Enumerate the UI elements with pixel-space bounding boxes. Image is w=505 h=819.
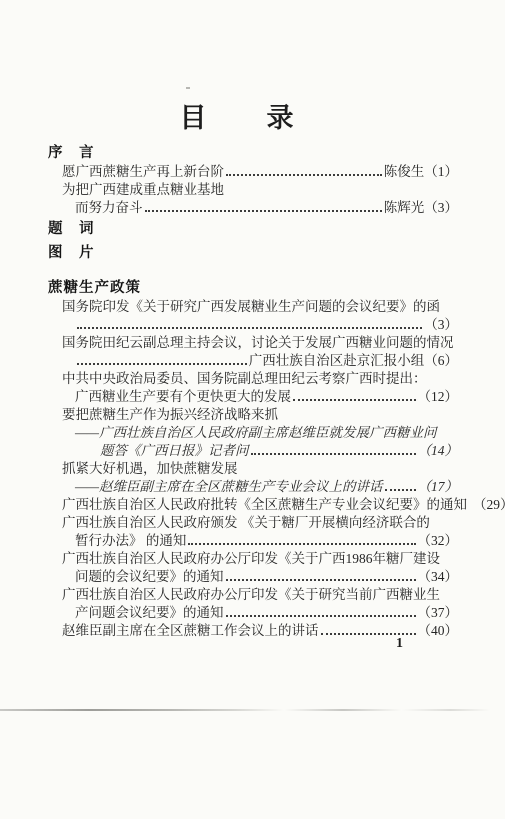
toc-line: 广西壮族自治区赴京汇报小组（6） (48, 351, 458, 369)
toc-line-text: 广西糖业生产要有个更快更大的发展 (75, 388, 291, 405)
dot-leader (77, 327, 422, 329)
toc-line-text: 广西壮族自治区人民政府办公厅印发《关于研究当前广西糖业生 (62, 586, 440, 603)
dot-leader (251, 453, 416, 455)
toc-line-pageref: （29） (467, 496, 505, 513)
toc-line: 国务院田纪云副总理主持会议，讨论关于发展广西糖业问题的情况 (48, 333, 458, 351)
toc-line: 广西糖业生产要有个更快更大的发展（12） (48, 387, 458, 405)
toc-line-text: 题 词 (48, 221, 95, 238)
toc-line: 广西壮族自治区人民政府办公厅印发《关于研究当前广西糖业生 (48, 585, 458, 603)
document-page: 目 录 序 言愿广西蔗糖生产再上新台阶陈俊生（1）为把广西建成重点糖业基地而努力… (0, 0, 505, 819)
toc-line-text: 暂行办法》 的通知 (75, 532, 186, 549)
toc-line: 广西壮族自治区人民政府批转《全区蔗糖生产专业会议纪要》的通知（29） (48, 495, 458, 513)
dot-leader (226, 615, 416, 617)
toc-line: 问题的会议纪要》的通知（34） (48, 567, 458, 585)
scan-noise-speck (186, 87, 190, 89)
toc-line: 愿广西蔗糖生产再上新台阶陈俊生（1） (48, 162, 458, 180)
section-heading: 序 言 (48, 144, 458, 162)
toc-line: 暂行办法》 的通知（32） (48, 531, 458, 549)
toc-line-pageref: （32） (418, 532, 459, 549)
toc-line-text: 中共中央政治局委员、国务院副总理田纪云考察广西时提出： (62, 370, 427, 387)
toc-line-text: 题答《广西日报》记者问 (100, 442, 249, 459)
toc-line: 题答《广西日报》记者问（14） (48, 441, 458, 459)
toc-rows: 序 言愿广西蔗糖生产再上新台阶陈俊生（1）为把广西建成重点糖业基地而努力奋斗陈辉… (48, 144, 458, 639)
toc-line-pageref: （14） (418, 442, 459, 459)
toc-line: ——广西壮族自治区人民政府副主席赵维臣就发展广西糖业问 (48, 423, 458, 441)
toc-line-text: 产问题会议纪要》的通知 (75, 604, 224, 621)
toc-line-pageref: 陈辉光（3） (384, 199, 458, 216)
toc-line-pageref: （40） (418, 622, 459, 639)
toc-line-text: 愿广西蔗糖生产再上新台阶 (62, 163, 224, 180)
toc-line-text: 广西壮族自治区人民政府批转《全区蔗糖生产专业会议纪要》的通知 (62, 496, 467, 513)
page-number: 1 (396, 636, 403, 652)
toc-line-pageref: （34） (418, 568, 459, 585)
toc-line-text: 国务院印发《关于研究广西发展糖业生产问题的会议纪要》的函 (62, 298, 440, 315)
toc-line-text: 序 言 (48, 145, 95, 162)
dot-leader (321, 633, 416, 635)
dot-leader (188, 543, 415, 545)
toc-line: 要把蔗糖生产作为振兴经济战略来抓 (48, 405, 458, 423)
dot-leader (226, 579, 416, 581)
toc-line-pageref: 陈俊生（1） (384, 163, 458, 180)
dot-leader (293, 399, 416, 401)
toc-line-text: 要把蔗糖生产作为振兴经济战略来抓 (62, 406, 278, 423)
toc-line-text: 赵维臣副主席在全区蔗糖工作会议上的讲话 (62, 622, 319, 639)
toc-line-text: 抓紧大好机遇，加快蔗糖发展 (62, 460, 238, 477)
toc-line: 中共中央政治局委员、国务院副总理田纪云考察广西时提出： (48, 369, 458, 387)
section-heading: 图 片 (48, 244, 458, 262)
toc-line-pageref: （37） (418, 604, 459, 621)
page-title: 目 录 (0, 96, 475, 135)
toc-line: 为把广西建成重点糖业基地 (48, 180, 458, 198)
toc-line-text: 国务院田纪云副总理主持会议，讨论关于发展广西糖业问题的情况 (62, 334, 454, 351)
toc-line-text: 蔗糖生产政策 (48, 280, 141, 297)
toc-line: 而努力奋斗陈辉光（3） (48, 198, 458, 216)
toc-line: （3） (48, 315, 458, 333)
toc-line-text: 为把广西建成重点糖业基地 (62, 181, 224, 198)
dot-leader (226, 174, 382, 176)
toc-line: 广西壮族自治区人民政府颁发 《关于糖厂开展横向经济联合的 (48, 513, 458, 531)
toc-line-text: 图 片 (48, 245, 95, 262)
toc-line: 抓紧大好机遇，加快蔗糖发展 (48, 459, 458, 477)
dot-leader (145, 210, 382, 212)
toc-line-pageref: （12） (418, 388, 459, 405)
toc-line: ——赵维臣副主席在全区蔗糖生产专业会议上的讲话（17） (48, 477, 458, 495)
toc-line-pageref: （3） (424, 316, 458, 333)
toc-line-text: 广西壮族自治区人民政府办公厅印发《关于广西1986年糖厂建设 (62, 550, 440, 567)
toc-line-text: 广西壮族自治区人民政府颁发 《关于糖厂开展横向经济联合的 (62, 514, 430, 531)
toc-line-pageref: （17） (418, 478, 459, 495)
scan-page-edge (0, 709, 490, 711)
toc-line: 产问题会议纪要》的通知（37） (48, 603, 458, 621)
toc-line-text: 而努力奋斗 (75, 199, 143, 216)
section-heading: 蔗糖生产政策 (48, 279, 458, 297)
toc-line-text: ——赵维臣副主席在全区蔗糖生产专业会议上的讲话 (75, 478, 383, 495)
dot-leader (77, 363, 247, 365)
toc-line-text: ——广西壮族自治区人民政府副主席赵维臣就发展广西糖业问 (75, 424, 437, 441)
section-heading: 题 词 (48, 220, 458, 238)
toc-line: 广西壮族自治区人民政府办公厅印发《关于广西1986年糖厂建设 (48, 549, 458, 567)
dot-leader (385, 489, 416, 491)
toc-line: 国务院印发《关于研究广西发展糖业生产问题的会议纪要》的函 (48, 297, 458, 315)
toc-line-pageref: 广西壮族自治区赴京汇报小组（6） (249, 352, 458, 369)
toc-line-text: 问题的会议纪要》的通知 (75, 568, 224, 585)
